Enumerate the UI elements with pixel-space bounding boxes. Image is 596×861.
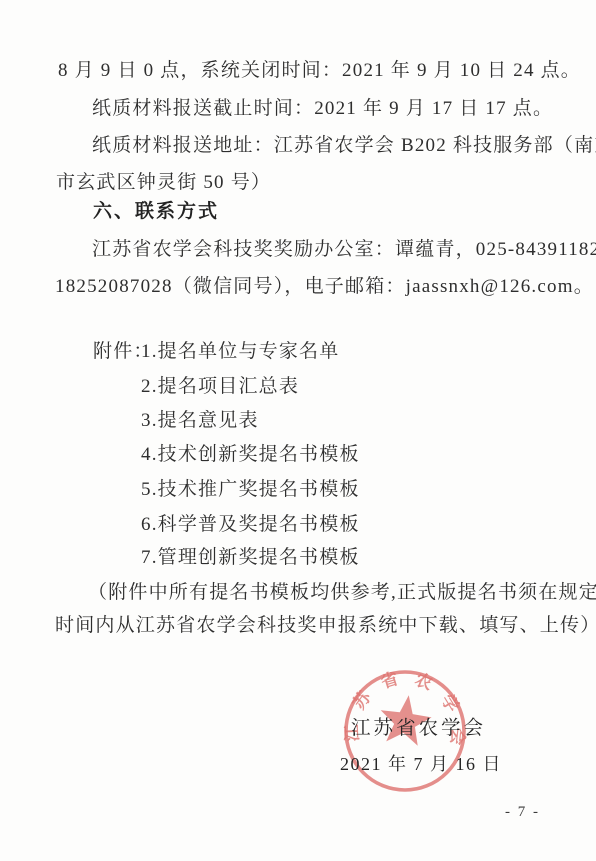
paragraph-address-line2: 市玄武区钟灵街 50 号） xyxy=(56,170,271,196)
attachment-item: 1.提名单位与专家名单 xyxy=(141,339,339,365)
section-heading-contact: 六、联系方式 xyxy=(93,199,219,225)
attachment-item: 6.科学普及奖提名书模板 xyxy=(141,512,360,538)
attachment-item: 5.技术推广奖提名书模板 xyxy=(141,477,360,503)
paragraph-contact-line1: 江苏省农学会科技奖奖励办公室：谭蕴青，025-84391182、 xyxy=(92,237,596,263)
attachment-item: 2.提名项目汇总表 xyxy=(141,374,299,400)
attachments-note-line2: 时间内从江苏省农学会科技奖申报系统中下载、填写、上传） xyxy=(55,613,596,639)
paragraph-address-line1: 纸质材料报送地址：江苏省农学会 B202 科技服务部（南京 xyxy=(92,133,596,159)
paragraph-system-close: 8 月 9 日 0 点，系统关闭时间：2021 年 9 月 10 日 24 点。 xyxy=(58,58,581,84)
page-number: - 7 - xyxy=(505,804,540,821)
signature-org: 江苏省农学会 xyxy=(351,712,486,740)
attachment-item: 7.管理创新奖提名书模板 xyxy=(141,545,360,571)
attachment-item: 4.技术创新奖提名书模板 xyxy=(141,442,360,468)
paragraph-contact-line2: 18252087028（微信同号），电子邮箱：jaassnxh@126.com。 xyxy=(55,274,594,300)
signature-date: 2021 年 7 月 16 日 xyxy=(340,750,502,776)
attachment-item: 3.提名意见表 xyxy=(141,408,259,434)
attachments-note-line1: （附件中所有提名书模板均供参考,正式版提名书须在规定 xyxy=(88,580,596,606)
document-page: 8 月 9 日 0 点，系统关闭时间：2021 年 9 月 10 日 24 点。… xyxy=(0,0,596,861)
paragraph-paper-deadline: 纸质材料报送截止时间：2021 年 9 月 17 日 17 点。 xyxy=(92,96,553,122)
